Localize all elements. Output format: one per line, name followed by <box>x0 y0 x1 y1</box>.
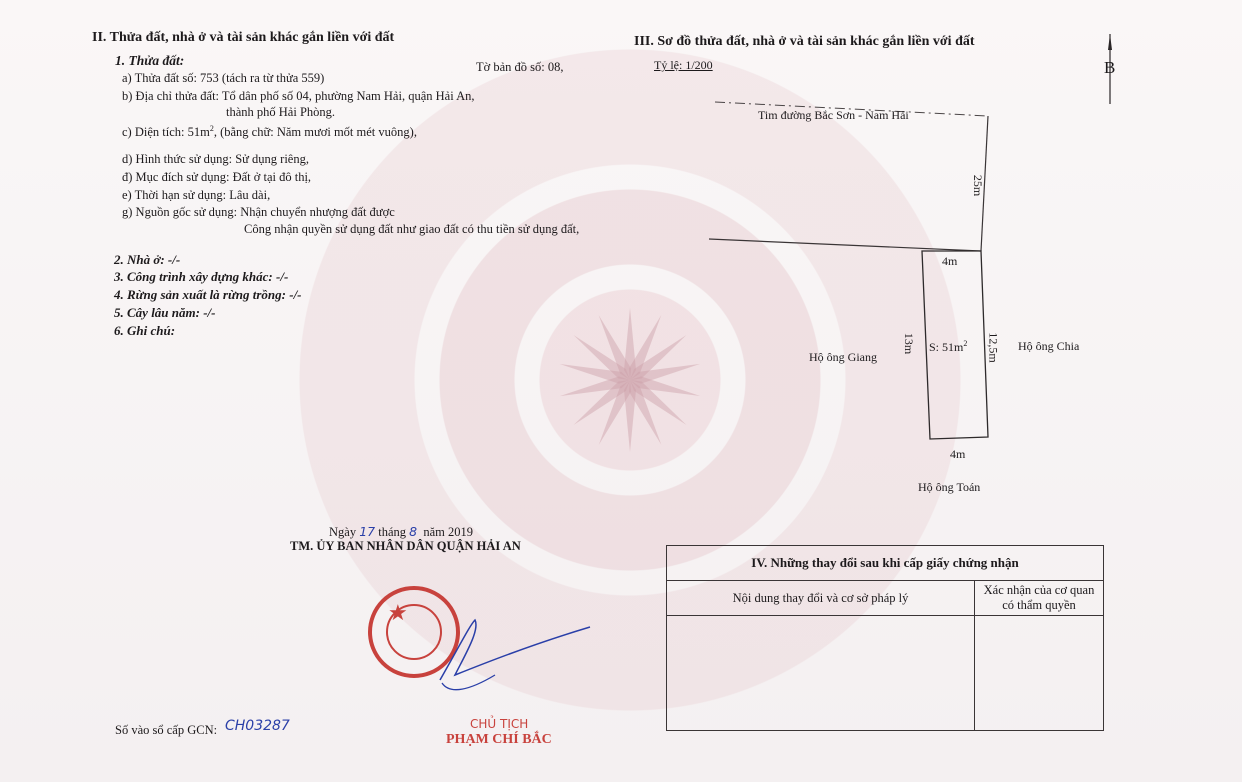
issue-date: Ngày 17 tháng 8 năm 2019 <box>329 524 473 540</box>
change-content-cell[interactable] <box>667 616 975 731</box>
signature <box>420 605 600 695</box>
signer-role: CHỦ TỊCH <box>470 717 528 731</box>
stamp-star-icon: ★ <box>388 600 408 626</box>
signer-name: PHẠM CHÍ BẮC <box>446 732 552 748</box>
bottom-edge-label: 4m <box>950 447 965 462</box>
neighbor-left: Hộ ông Giang <box>809 350 877 365</box>
col-authority-confirmation: Xác nhận của cơ quan có thẩm quyền <box>975 581 1104 616</box>
authority-confirmation-cell[interactable] <box>975 616 1104 731</box>
left-edge-label: 13m <box>901 333 916 354</box>
road-label: Tim đường Bắc Sơn - Nam Hải <box>758 108 909 123</box>
gcn-register-number: CH03287 <box>225 718 290 734</box>
changes-table: IV. Những thay đổi sau khi cấp giấy chứn… <box>666 545 1104 731</box>
top-edge-label: 4m <box>942 254 957 269</box>
section-iv-title: IV. Những thay đổi sau khi cấp giấy chứn… <box>667 546 1104 581</box>
neighbor-bottom: Hộ ông Toán <box>918 480 980 495</box>
area-label: S: 51m2 <box>929 339 967 355</box>
road-distance-label: 25m <box>970 175 985 196</box>
neighbor-right: Hộ ông Chia <box>1018 339 1079 354</box>
certificate-page: II. Thửa đất, nhà ở và tài sản khác gắn … <box>0 0 1242 782</box>
gcn-register-label: Số vào sổ cấp GCN: <box>115 723 217 738</box>
col-change-content: Nội dung thay đổi và cơ sở pháp lý <box>667 581 975 616</box>
issuing-authority: TM. ỦY BAN NHÂN DÂN QUẬN HẢI AN <box>290 539 521 554</box>
right-edge-label: 12,5m <box>986 332 1001 362</box>
